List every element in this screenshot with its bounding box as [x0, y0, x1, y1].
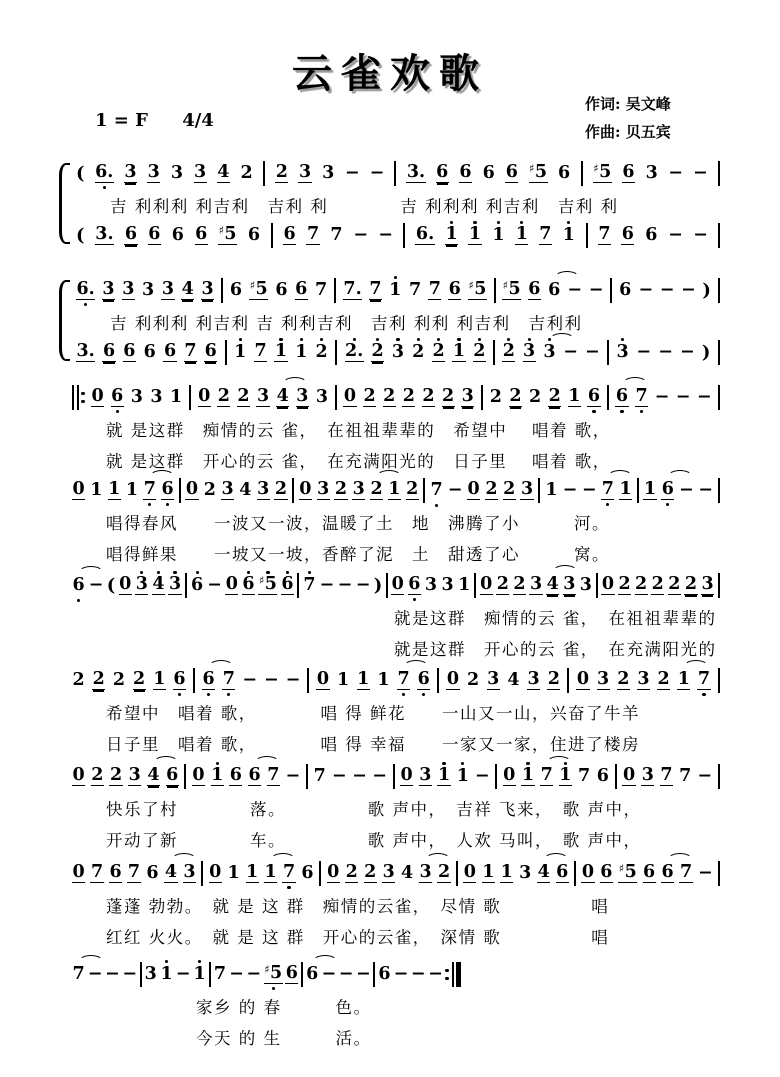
dash-extension: −	[563, 482, 578, 500]
note: 2	[275, 164, 288, 183]
lyric-line: 唱得鲜果 一坡又一坡，香醉了泥 土 甜透了心 窝。	[72, 537, 720, 568]
note: 0	[72, 481, 85, 500]
lyric-line: 就是这群 开心的云 雀， 在充满阳光的	[72, 632, 720, 663]
tie-arc	[79, 566, 103, 578]
note: 0	[72, 767, 85, 786]
note: 7	[330, 227, 343, 245]
note: 7	[222, 671, 235, 690]
high-octave-dot	[478, 338, 481, 341]
system: (6.333342233−−3.6666♯56♯563−−吉 利利利 利吉利 吉…	[72, 158, 720, 251]
barline	[394, 161, 396, 186]
dash-extension: −	[679, 482, 694, 500]
note: 2	[92, 671, 105, 690]
note: 6	[528, 281, 541, 300]
note: 3	[597, 671, 610, 690]
dash-extension: −	[636, 344, 651, 362]
barline	[297, 573, 299, 598]
note: 6	[556, 864, 569, 883]
high-octave-dot	[528, 338, 531, 341]
dash-extension: −	[286, 672, 301, 690]
note: 1	[568, 388, 581, 407]
dash-extension: −	[370, 165, 385, 183]
parenthesis: )	[702, 282, 711, 300]
note: 0	[72, 864, 85, 883]
barline	[567, 668, 569, 693]
note: 1	[619, 481, 632, 500]
note: ♯5	[593, 164, 612, 183]
note: 2	[203, 482, 216, 500]
barline	[718, 861, 720, 886]
note: 3	[168, 576, 181, 595]
note: 2	[617, 671, 630, 690]
low-octave-dot	[592, 410, 595, 413]
barline	[581, 161, 583, 186]
note: 1	[389, 282, 402, 300]
score: (6.333342233−−3.6666♯56♯563−−吉 利利利 利吉利 吉…	[72, 148, 720, 1052]
dash-extension: −	[176, 966, 191, 984]
parenthesis: (	[76, 227, 85, 245]
dash-extension: −	[356, 577, 371, 595]
note: 3	[352, 481, 365, 500]
note: 1	[377, 672, 390, 690]
note: 7	[267, 767, 280, 786]
note: 2	[112, 672, 125, 690]
note: 6	[102, 343, 115, 362]
tie-arc	[313, 955, 337, 967]
lyric-line: 开动了新 车。 歌 声中， 人欢 马叫， 歌 声中，	[72, 823, 720, 854]
note: 3	[645, 165, 658, 183]
dash-extension: −	[655, 389, 670, 407]
note: 7	[303, 577, 316, 595]
barline	[481, 385, 483, 410]
dash-extension: −	[697, 768, 712, 786]
dash-extension: −	[693, 165, 708, 183]
parenthesis: )	[702, 344, 711, 362]
barline	[718, 278, 720, 303]
note: 2	[363, 388, 376, 407]
parenthesis: (	[107, 577, 116, 595]
note: 2	[334, 481, 347, 500]
time-signature: 4/4	[182, 110, 214, 131]
barline	[140, 962, 142, 987]
system: 7−−−31−17−−♯566−−−6−−− 家乡 的 春 色。 今天 的 生 …	[72, 959, 720, 1052]
music-line: 22221667−−−0111760234320323217	[72, 665, 720, 696]
note: 6	[621, 226, 634, 245]
note: 2	[503, 481, 516, 500]
note: 7	[72, 966, 85, 984]
note: 2	[345, 864, 358, 883]
dash-extension: −	[89, 577, 104, 595]
note: 6	[143, 344, 156, 362]
note: 6	[173, 671, 186, 690]
music-line: 3.666676171122.232212233−−3−−−)	[76, 337, 720, 368]
note: ♯5	[468, 281, 487, 300]
note: 3	[147, 164, 160, 183]
dash-extension: −	[339, 966, 354, 984]
system: 01117602343203232127−02231−−7116−−唱得春风 一…	[72, 475, 720, 568]
note: 1	[170, 389, 183, 407]
sharp-sign: ♯	[503, 279, 508, 292]
note: 3	[616, 344, 629, 362]
dash-extension: −	[475, 768, 490, 786]
lyric-line: 希望中 唱着 歌， 唱 得 鲜花 一山又一山，兴奋了牛羊	[72, 696, 720, 727]
note: 6	[275, 282, 288, 300]
note: 1	[160, 966, 173, 984]
note: 3	[201, 281, 214, 300]
dash-extension: −	[338, 577, 353, 595]
high-octave-dot	[279, 338, 282, 341]
lyric-line: 就是这群 痴情的云 雀， 在祖祖辈辈的	[72, 601, 720, 632]
note: 3.	[406, 164, 425, 183]
note: 3	[487, 671, 500, 690]
note: 3	[256, 388, 269, 407]
note: 0	[327, 864, 340, 883]
note: 6	[408, 576, 421, 595]
note: 7	[254, 343, 267, 362]
note: 1	[437, 767, 450, 786]
note: 4	[546, 576, 559, 595]
note: 1	[482, 864, 495, 883]
repeat-end-barline	[445, 962, 460, 987]
barline	[495, 764, 497, 789]
note: 7	[428, 281, 441, 300]
high-octave-dot	[353, 338, 356, 341]
note: 3	[441, 577, 454, 595]
barline	[718, 478, 720, 503]
music-line: 01117602343203232127−02231−−7116−−	[72, 475, 720, 506]
note: 3	[519, 865, 532, 883]
note: 3	[527, 671, 540, 690]
note: 0	[225, 576, 238, 595]
barline	[185, 573, 187, 598]
barline	[474, 573, 476, 598]
note: 1	[193, 966, 206, 984]
note: 0	[209, 864, 222, 883]
dash-extension: −	[320, 577, 335, 595]
note: 6	[505, 164, 518, 183]
note: 6	[148, 226, 161, 245]
high-octave-dot	[216, 762, 219, 765]
dash-extension: −	[658, 344, 673, 362]
note: 4	[164, 864, 177, 883]
note: 3	[257, 481, 270, 500]
note: 2	[437, 864, 450, 883]
note: ♯5	[249, 281, 268, 300]
barline	[335, 340, 337, 365]
note: 3	[315, 389, 328, 407]
low-octave-dot	[620, 410, 623, 413]
note: 7	[598, 226, 611, 245]
note: 2	[315, 344, 328, 362]
note: 3	[170, 165, 183, 183]
barline	[718, 573, 720, 598]
note: 1	[643, 481, 656, 500]
note: 6	[195, 226, 208, 245]
system: 063310223433022222322221667−−−就 是这群 痴情的云…	[72, 382, 720, 475]
sharp-sign: ♯	[259, 574, 264, 587]
note: 0	[91, 388, 104, 407]
note: 6	[171, 227, 184, 245]
barline	[610, 278, 612, 303]
barline	[301, 962, 303, 987]
note: 1	[456, 768, 469, 786]
note: 1	[521, 767, 534, 786]
note: 3	[419, 767, 432, 786]
note: 6	[645, 227, 658, 245]
note: 0	[192, 767, 205, 786]
note: 0	[343, 388, 356, 407]
note: 3	[128, 767, 141, 786]
note: 6.	[95, 164, 114, 183]
note: 7	[397, 671, 410, 690]
note: 3	[124, 164, 137, 183]
note: 3	[194, 164, 207, 183]
note: 6	[109, 864, 122, 883]
note: 0	[299, 481, 312, 500]
note: 7	[313, 768, 326, 786]
lyric-line: 就 是这群 痴情的云 雀， 在祖祖辈辈的 希望中 唱着 歌，	[72, 413, 720, 444]
dash-extension: −	[122, 966, 137, 984]
dash-extension: −	[428, 966, 443, 984]
barline	[494, 278, 496, 303]
note: 7	[90, 864, 103, 883]
barline	[456, 861, 458, 886]
note: 6	[600, 864, 613, 883]
sharp-sign: ♯	[250, 279, 255, 292]
note: 1	[562, 227, 575, 245]
note: 0	[391, 576, 404, 595]
barline	[718, 161, 720, 186]
tie-arc	[550, 333, 574, 345]
dash-extension: −	[585, 344, 600, 362]
sheet-music-page: 云雀欢歌 作词: 吴文峰 作曲: 贝五宾 1 = F 4/4 (6.333342…	[0, 0, 780, 1077]
note: 1	[153, 671, 166, 690]
system-brace	[59, 163, 70, 244]
note: 2	[635, 576, 648, 595]
note: 4	[401, 865, 414, 883]
dash-extension: −	[321, 966, 336, 984]
barline	[393, 764, 395, 789]
note: 6	[124, 226, 137, 245]
note: 1	[274, 343, 287, 362]
note: 6	[622, 164, 635, 183]
note: 2	[91, 767, 104, 786]
note: 2	[383, 388, 396, 407]
note: 6	[306, 966, 319, 984]
lyric-line: 蓬蓬 勃勃。 就 是 这 群 痴情的云雀， 尽情 歌 唱	[72, 889, 720, 920]
dash-extension: −	[563, 344, 578, 362]
note: 1	[227, 865, 240, 883]
note: 2	[432, 343, 445, 362]
sharp-sign: ♯	[619, 862, 624, 875]
note: 6	[643, 864, 656, 883]
dash-extension: −	[638, 282, 653, 300]
barline	[718, 385, 720, 410]
note: 0	[198, 388, 211, 407]
note: 6	[301, 865, 314, 883]
note: 3	[419, 864, 432, 883]
note: 3	[529, 576, 542, 595]
dash-extension: −	[332, 768, 347, 786]
note: 3	[317, 481, 330, 500]
note: 1	[545, 482, 558, 500]
note: 3	[520, 481, 533, 500]
barline	[334, 278, 336, 303]
note: 2	[422, 388, 435, 407]
barline	[718, 668, 720, 693]
barline	[184, 764, 186, 789]
composer-credit: 作曲: 贝五宾	[585, 118, 671, 146]
note: 2	[442, 388, 455, 407]
note: 6	[166, 767, 179, 786]
barline	[596, 573, 598, 598]
high-octave-dot	[450, 221, 453, 224]
dash-extension: −	[356, 966, 371, 984]
note: 2	[684, 576, 697, 595]
dash-extension: −	[676, 389, 691, 407]
note: 2	[412, 344, 425, 362]
tie-arc	[555, 271, 579, 283]
note: 6	[448, 281, 461, 300]
note: 7	[539, 226, 552, 245]
dash-extension: −	[229, 966, 244, 984]
system: 6.3333436♯56677.71776♯5♯566−−6−−−)吉 利利利 …	[72, 275, 720, 368]
note: 0	[446, 671, 459, 690]
system-brace	[59, 280, 70, 361]
note: 6	[615, 388, 628, 407]
dash-extension: −	[394, 966, 409, 984]
note: 2	[370, 481, 383, 500]
note: 0	[316, 671, 329, 690]
barline	[271, 223, 273, 248]
dash-extension: −	[698, 865, 713, 883]
dash-extension: −	[207, 577, 222, 595]
note: 6	[619, 282, 632, 300]
lyricist-credit: 作词: 吴文峰	[585, 90, 671, 118]
music-line: 02234601667−7−−−0311−0171760377−	[72, 761, 720, 792]
note: 0	[622, 767, 635, 786]
note: 2	[547, 671, 560, 690]
note: 6	[378, 966, 391, 984]
note: 6	[229, 282, 242, 300]
note: 0	[503, 767, 516, 786]
barline	[607, 385, 609, 410]
note: 4	[152, 576, 165, 595]
note: 2	[548, 388, 561, 407]
note: 2	[657, 671, 670, 690]
note: 2	[528, 389, 541, 407]
note: 3	[296, 388, 309, 407]
music-line: 063310223433022222322221667−−−	[72, 382, 720, 413]
note: 2	[509, 388, 522, 407]
high-octave-dot	[266, 571, 269, 574]
barline	[179, 478, 181, 503]
lyric-line: 家乡 的 春 色。	[72, 990, 720, 1021]
note: 6	[161, 481, 174, 500]
note: 6	[229, 767, 242, 786]
note: 1	[458, 577, 471, 595]
note: 3	[122, 281, 135, 300]
note: 6	[661, 864, 674, 883]
note: 6	[295, 281, 308, 300]
high-octave-dot	[526, 762, 529, 765]
note: 6	[283, 226, 296, 245]
note: 1	[357, 671, 370, 690]
note: ♯5	[502, 281, 521, 300]
dash-extension: −	[264, 672, 279, 690]
note: 7	[213, 966, 226, 984]
dash-extension: −	[372, 768, 387, 786]
note: 2.	[345, 343, 364, 362]
dash-extension: −	[567, 282, 582, 300]
note: 7	[408, 282, 421, 300]
dash-extension: −	[698, 482, 713, 500]
note: 4	[147, 767, 160, 786]
dash-extension: −	[88, 966, 103, 984]
note: 2	[72, 672, 85, 690]
lyric-line: 红红 火火。 就 是 这 群 开心的云雀， 深情 歌 唱	[72, 920, 720, 951]
high-octave-dot	[473, 221, 476, 224]
note: 7	[430, 482, 443, 500]
sharp-sign: ♯	[468, 279, 473, 292]
note: 2	[133, 671, 146, 690]
dash-extension: −	[246, 966, 261, 984]
parenthesis: )	[374, 577, 383, 595]
dash-extension: −	[582, 482, 597, 500]
barline	[263, 161, 265, 186]
note: 4	[537, 864, 550, 883]
note: 1	[295, 344, 308, 362]
note: 1	[234, 344, 247, 362]
note: ♯5	[618, 864, 637, 883]
tie-arc	[79, 955, 103, 967]
note: 3	[543, 344, 556, 362]
note: 6	[482, 165, 495, 183]
note: 3	[579, 577, 592, 595]
note: 3	[144, 966, 157, 984]
barline	[574, 861, 576, 886]
note: 6	[587, 388, 600, 407]
note: 6.	[415, 226, 434, 245]
lyric-line: 今天 的 生 活。	[72, 1021, 720, 1052]
note: 2	[371, 343, 384, 362]
note: 3	[161, 281, 174, 300]
low-octave-dot	[77, 599, 80, 602]
note: 6	[558, 165, 571, 183]
note: 4	[276, 388, 289, 407]
note: 0	[581, 864, 594, 883]
note: 1	[90, 482, 103, 500]
note: 1	[468, 226, 481, 245]
note: 0	[119, 576, 132, 595]
dash-extension: −	[105, 966, 120, 984]
repeat-start-barline	[72, 385, 85, 410]
note: 6	[72, 577, 85, 595]
system: 6−(03436−06♯567−−−)0633102234330222223 就…	[72, 570, 720, 663]
note: 0	[467, 481, 480, 500]
music-line: 6−(03436−06♯567−−−)0633102234330222223	[72, 570, 720, 601]
note: 3	[322, 165, 335, 183]
sharp-sign: ♯	[219, 224, 224, 237]
sharp-sign: ♯	[529, 162, 534, 175]
barline	[607, 340, 609, 365]
barline	[221, 278, 223, 303]
note: 2	[109, 767, 122, 786]
note: 6	[242, 576, 255, 595]
note: 2	[489, 389, 502, 407]
high-octave-dot	[442, 762, 445, 765]
note: 2	[406, 481, 419, 500]
